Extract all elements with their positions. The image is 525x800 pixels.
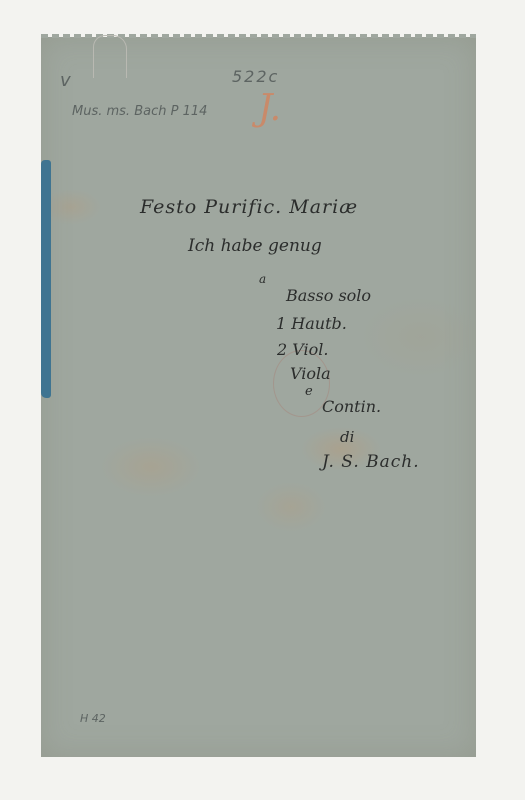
blue-marker-tab — [41, 160, 51, 398]
instrument-continuo: Contin. — [322, 397, 381, 416]
composer-name: J. S. Bach. — [322, 452, 420, 472]
shelfmark: Mus. ms. Bach P 114 — [72, 104, 207, 119]
instrument-oboe: 1 Hautb. — [276, 314, 347, 333]
corner-mark: v — [60, 70, 71, 91]
red-letter-mark: J. — [258, 88, 281, 129]
attribution-di: di — [340, 428, 354, 446]
folio-mark: H 42 — [80, 712, 106, 725]
scoring-connector: a — [259, 272, 266, 286]
title-line-1: Festo Purific. Mariæ — [140, 196, 358, 218]
manuscript-page — [41, 37, 476, 757]
instrument-viola: Viola — [290, 364, 331, 383]
binding-thread — [93, 35, 127, 78]
instrument-violins: 2 Viol. — [277, 340, 329, 359]
instrument-basso: Basso solo — [286, 286, 371, 305]
continuo-prefix: e — [305, 384, 313, 399]
catalog-number: 522c — [232, 67, 279, 86]
title-line-2: Ich habe genug — [188, 236, 322, 256]
